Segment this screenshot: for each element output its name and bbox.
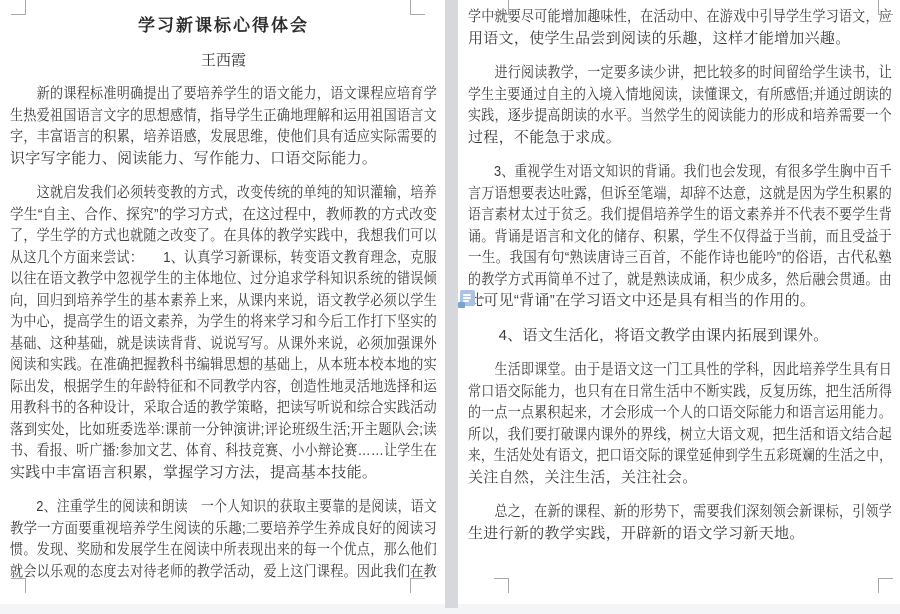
document-title: 学习新课标心得体会 xyxy=(10,15,437,37)
text-line: 实践，逐步提高朗读的水平。当然学生的阅读能力的形成和培养需要一个 xyxy=(468,105,892,127)
text-line: 学生主要通过自主的入境入情地阅读，读懂课文，有所感悟;并通过朗读的 xyxy=(468,84,892,106)
text-line: 为中心，提高学生的语文素养，为学生的将来学习和今后工作打下坚实的 xyxy=(10,311,437,333)
crop-mark xyxy=(11,0,26,15)
text-line: 从这几个方面来尝试： 1、认真学习新课标，转变语文教育理念，克服 xyxy=(10,247,437,269)
crop-mark xyxy=(494,578,509,593)
text-line: 就会以乐观的态度去对待老师的教学活动，爱上这门课程。因此我们在教 xyxy=(10,561,437,583)
text-line: 生活即课堂。由于是语文这一门工具性的学科，因此培养学生具有日 xyxy=(468,359,892,381)
text-line: 惯。发现、奖励和发展学生在阅读中所表现出来的每一个优点，那么他们 xyxy=(10,539,437,561)
text-line: 诵。背诵是语言和文化的储存、积累，学生不仅得益于当前，而且受益于 xyxy=(468,226,892,248)
text-line: 进行阅读教学，一定要多读少讲，把比较多的时间留给学生读书，让 xyxy=(468,62,892,84)
text-line: 总之，在新的课程、新的形势下，需要我们深刻领会新课标，引领学 xyxy=(468,501,892,523)
note-icon-line xyxy=(463,294,471,296)
document-author: 王西霞 xyxy=(10,52,437,70)
text-line: 了，学生学的方式也就随之改变了。在具体的教学实践中，我想我们可以 xyxy=(10,225,437,247)
page1-text-column: 学习新课标心得体会 王西霞 新的课程标准明确提出了要培养学生的语文能力，语文课程… xyxy=(10,0,437,582)
text-line: 用语文，使学生品尝到阅读的乐趣，这样才能增加兴趣。 xyxy=(468,28,892,50)
text-line: 2、注重学生的阅读和朗读 一个人知识的获取主要靠的是阅读，语文 xyxy=(10,496,437,518)
crop-mark xyxy=(494,0,509,15)
text-line: 以往在语文教学中忽视学生的主体地位、过分追求学科知识系统的错误倾 xyxy=(10,268,437,290)
page-gap xyxy=(445,0,458,608)
text-line: 生热爱祖国语言文字的思想感情，指导学生正确地理解和运用祖国语言文 xyxy=(10,105,437,127)
text-line: 一生。我国有句“熟读唐诗三百首，不能作诗也能吟”的俗语，古代私塾 xyxy=(468,247,892,269)
crop-mark xyxy=(11,578,26,593)
text-line: 用教科书的各种设计，采取合适的教学策略，把读写听说和综合实践活动 xyxy=(10,397,437,419)
document-canvas: 学习新课标心得体会 王西霞 新的课程标准明确提出了要培养学生的语文能力，语文课程… xyxy=(0,0,900,614)
crop-mark xyxy=(410,578,425,593)
text-line: 学中就要尽可能增加趣味性，在活动中、在游戏中引导学生学习语文，应 xyxy=(468,6,892,28)
page-1[interactable]: 学习新课标心得体会 王西霞 新的课程标准明确提出了要培养学生的语文能力，语文课程… xyxy=(0,0,445,604)
page-2[interactable]: 学中就要尽可能增加趣味性，在活动中、在游戏中引导学生学习语文，应用语文，使学生品… xyxy=(458,0,900,604)
text-line: 这就启发我们必须转变教的方式，改变传统的单纯的知识灌输，培养 xyxy=(10,182,437,204)
text-line: 的教学方式再简单不过了，就是熟读成诵，积少成多，然后融会贯通。由 xyxy=(468,269,892,291)
text-line: 书、看报、听广播:参加文艺、体育、科技竞赛、小小辩论赛……让学生在 xyxy=(10,440,437,462)
text-line: 常口语交际能力，也只有在日常生活中不断实践，反复历练，把生活所得 xyxy=(468,381,892,403)
text-line: 的一点一点累积起来，才会形成一个人的口语交际能力和语言运用能力。 xyxy=(468,402,892,424)
text-line: 3、重视学生对语文知识的背诵。我们也会发现，有很多学生胸中百千 xyxy=(468,161,892,183)
text-line: 落到实处，比如班委选举:课前一分钟演讲;评论班级生活;开主题队会;读 xyxy=(10,419,437,441)
text-line: 阅读和实践。在准确把握教科书编辑思想的基础上，从本班本校本地的实 xyxy=(10,354,437,376)
text-line: 过程，不能急于求成。 xyxy=(468,127,892,149)
page2-text-column: 学中就要尽可能增加趣味性，在活动中、在游戏中引导学生学习语文，应用语文，使学生品… xyxy=(468,0,892,544)
text-line: 字，丰富语言的积累，培养语感，发展思维，使他们具有适应实际需要的 xyxy=(10,126,437,148)
text-line: 实践中丰富语言积累，掌握学习方法，提高基本技能。 xyxy=(10,462,437,484)
text-line: 语言素材太过于贫乏。我们提倡培养学生的语文素养并不代表不要学生背 xyxy=(468,204,892,226)
text-line: 所以，我们要打破课内课外的界线，树立大语文观，把生活和语文结合起 xyxy=(468,424,892,446)
text-line: 言万语想要表达吐露，但诉至笔端，却辞不达意，这就是因为学生积累的 xyxy=(468,183,892,205)
text-line: 新的课程标准明确提出了要培养学生的语文能力，语文课程应培育学 xyxy=(10,83,437,105)
text-line: 4、语文生活化，将语文教学由课内拓展到课外。 xyxy=(468,325,892,347)
text-line: 此可见“背诵”在学习语文中还是具有相当的作用的。 xyxy=(468,290,892,312)
text-line: 来，生活处处有语文，把口语交际的课堂延伸到学生五彩斑斓的生活之中， xyxy=(468,445,892,467)
crop-mark xyxy=(878,578,893,593)
text-line: 际出发，根据学生的年龄特征和不同教学内容，创造性地灵活地选择和运 xyxy=(10,376,437,398)
text-line: 识字写字能力、阅读能力、写作能力、口语交际能力。 xyxy=(10,148,437,170)
note-dash-icon xyxy=(479,297,484,299)
text-line: 生进行新的教学实践，开辟新的语文学习新天地。 xyxy=(468,523,892,545)
note-icon-line xyxy=(463,297,471,299)
crop-mark xyxy=(878,0,893,15)
text-line: 教学一方面要重视培养学生阅读的乐趣;二要培养学生养成良好的阅读习 xyxy=(10,518,437,540)
text-line: 向，回归到培养学生的基本素养上来，从课内来说，语文教学必须以学生 xyxy=(10,290,437,312)
text-line: 基础、这种基础，就是读读背背、说说写写。从课外来说，必须加强课外 xyxy=(10,333,437,355)
text-line: 学生“自主、合作、探究”的学习方式，在这过程中，教师教的方式改变 xyxy=(10,204,437,226)
crop-mark xyxy=(410,0,425,15)
document-note-icon[interactable] xyxy=(460,290,475,306)
note-icon-corner xyxy=(458,302,465,308)
text-line: 关注自然，关注生活，关注社会。 xyxy=(468,467,892,489)
